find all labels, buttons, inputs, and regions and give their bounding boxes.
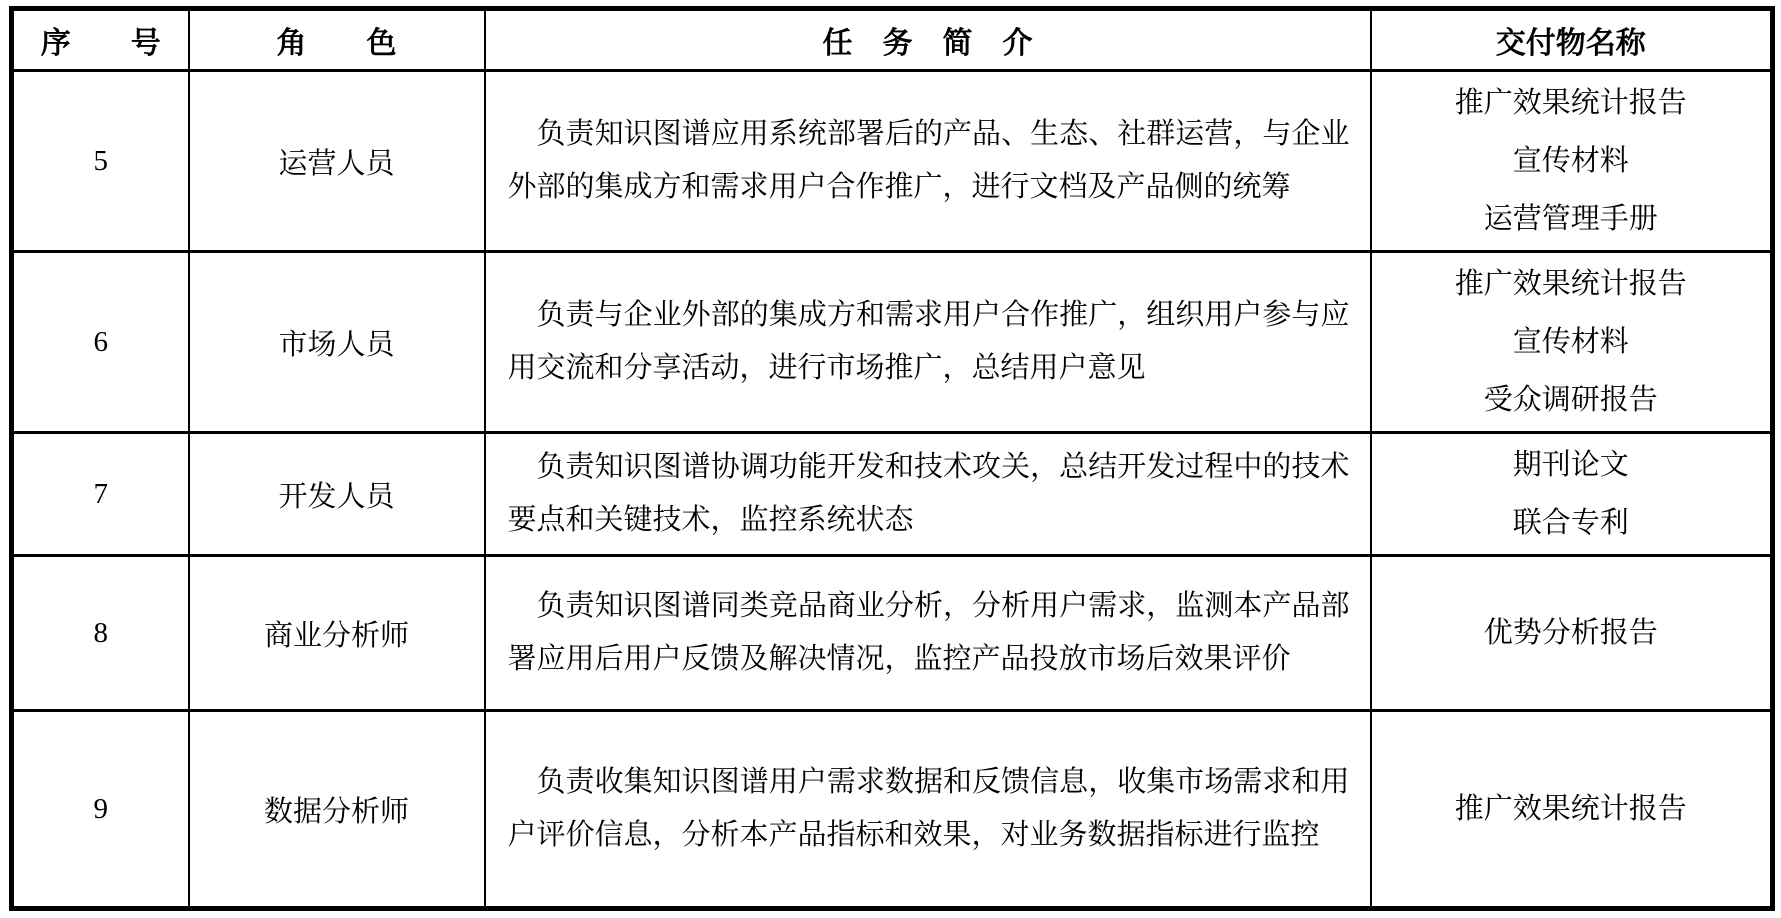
role-cell: 数据分析师 [189, 711, 485, 909]
header-deliverable: 交付物名称 [1371, 9, 1773, 71]
deliverable-item: 运营管理手册 [1378, 190, 1765, 248]
task-cell: 负责与企业外部的集成方和需求用户合作推广，组织用户参与应用交流和分享活动，进行市… [485, 252, 1371, 433]
task-cell: 负责收集知识图谱用户需求数据和反馈信息，收集市场需求和用户评价信息，分析本产品指… [485, 711, 1371, 909]
header-role: 角 色 [189, 9, 485, 71]
seq-cell: 9 [12, 711, 189, 909]
deliverable-item: 宣传材料 [1378, 132, 1765, 190]
role-cell: 商业分析师 [189, 556, 485, 711]
deliverables-cell: 推广效果统计报告 宣传材料 运营管理手册 [1371, 71, 1773, 252]
deliverable-item: 受众调研报告 [1378, 371, 1765, 429]
roles-table: 序 号 角 色 任 务 简 介 交付物名称 5 运营人员 负责知识图谱应用系统部… [9, 6, 1775, 911]
table-row: 7 开发人员 负责知识图谱协调功能开发和技术攻关，总结开发过程中的技术要点和关键… [12, 433, 1773, 556]
task-text: 负责知识图谱同类竞品商业分析，分析用户需求，监测本产品部署应用后用户反馈及解决情… [508, 580, 1350, 686]
role-cell: 运营人员 [189, 71, 485, 252]
task-cell: 负责知识图谱应用系统部署后的产品、生态、社群运营，与企业外部的集成方和需求用户合… [485, 71, 1371, 252]
seq-cell: 5 [12, 71, 189, 252]
deliverable-item: 期刊论文 [1378, 436, 1765, 494]
header-seq: 序 号 [12, 9, 189, 71]
task-cell: 负责知识图谱同类竞品商业分析，分析用户需求，监测本产品部署应用后用户反馈及解决情… [485, 556, 1371, 711]
task-text: 负责与企业外部的集成方和需求用户合作推广，组织用户参与应用交流和分享活动，进行市… [508, 289, 1350, 395]
task-text: 负责知识图谱应用系统部署后的产品、生态、社群运营，与企业外部的集成方和需求用户合… [508, 108, 1350, 214]
deliverable-item: 推广效果统计报告 [1378, 255, 1765, 313]
deliverables-cell: 推广效果统计报告 [1371, 711, 1773, 909]
deliverables-cell: 优势分析报告 [1371, 556, 1773, 711]
task-text: 负责知识图谱协调功能开发和技术攻关，总结开发过程中的技术要点和关键技术，监控系统… [508, 441, 1350, 547]
deliverable-item: 宣传材料 [1378, 313, 1765, 371]
role-cell: 市场人员 [189, 252, 485, 433]
deliverable-item: 联合专利 [1378, 494, 1765, 552]
task-text: 负责收集知识图谱用户需求数据和反馈信息，收集市场需求和用户评价信息，分析本产品指… [508, 756, 1350, 862]
table-header-row: 序 号 角 色 任 务 简 介 交付物名称 [12, 9, 1773, 71]
table-row: 6 市场人员 负责与企业外部的集成方和需求用户合作推广，组织用户参与应用交流和分… [12, 252, 1773, 433]
seq-cell: 6 [12, 252, 189, 433]
task-cell: 负责知识图谱协调功能开发和技术攻关，总结开发过程中的技术要点和关键技术，监控系统… [485, 433, 1371, 556]
deliverable-item: 推广效果统计报告 [1378, 74, 1765, 132]
table-row: 9 数据分析师 负责收集知识图谱用户需求数据和反馈信息，收集市场需求和用户评价信… [12, 711, 1773, 909]
table-row: 5 运营人员 负责知识图谱应用系统部署后的产品、生态、社群运营，与企业外部的集成… [12, 71, 1773, 252]
header-task: 任 务 简 介 [485, 9, 1371, 71]
role-cell: 开发人员 [189, 433, 485, 556]
deliverable-item: 推广效果统计报告 [1378, 780, 1765, 838]
document-page: 序 号 角 色 任 务 简 介 交付物名称 5 运营人员 负责知识图谱应用系统部… [0, 0, 1781, 918]
deliverables-cell: 推广效果统计报告 宣传材料 受众调研报告 [1371, 252, 1773, 433]
seq-cell: 7 [12, 433, 189, 556]
table-row: 8 商业分析师 负责知识图谱同类竞品商业分析，分析用户需求，监测本产品部署应用后… [12, 556, 1773, 711]
deliverables-cell: 期刊论文 联合专利 [1371, 433, 1773, 556]
seq-cell: 8 [12, 556, 189, 711]
deliverable-item: 优势分析报告 [1378, 604, 1765, 662]
